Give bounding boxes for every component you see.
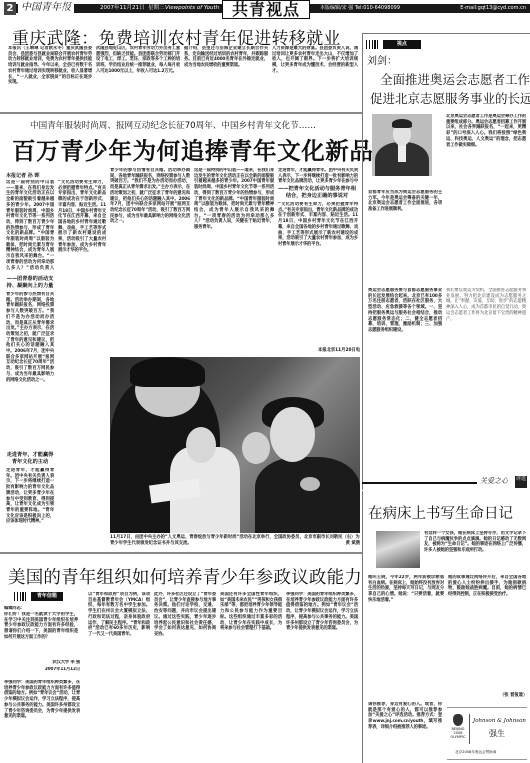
us-story-column-2: 以“青年和政府”项目为例，该项目由基督教青年会（YMCA）组织，每年有数万名中学… — [88, 592, 150, 760]
main-story-byline: 本报记者 孙 晖 — [6, 172, 39, 179]
main-story-headline: 百万青少年为何追捧青年文化新品牌 — [12, 132, 398, 166]
main-story-column-1b: 青少年的参与热情有目共睹。活动举办期间，各地青年踊跃报名，网络投票参与人数突破百… — [6, 292, 54, 442]
banner-tag: 评选 — [515, 476, 527, 488]
us-story-column-1: 李强同学：美国的青年组织种类繁多，在培养青少年参政议政能力方面有许多值得借鉴的地… — [4, 680, 80, 760]
section-title: 共青视点 — [222, 0, 310, 19]
banner-label: 关爱之心 — [480, 476, 508, 486]
divider — [0, 552, 362, 554]
main-story-column-2: “文化活动要有生命力，必须把握青年特点。”有关专家指出，青年文化新品牌的成功在于… — [58, 180, 106, 548]
masthead: 2 中国青年报 ///// 2007年11月21日 星期三 Viewpoints… — [0, 0, 530, 20]
letter-signature: 武汉大学 李 强 — [40, 660, 80, 666]
main-story-column-5a: 走进青年，才能赢得青年。团中央有关负责人表示，下一步将继续打造一批有影响力的青年… — [278, 168, 358, 184]
issue-date: 2007年11月21日 — [100, 4, 145, 13]
diary-paragraph-3: 她的故事通过网络传开后，来自全国各地的爱心人士纷纷伸出援手，为她捐款捐物，鼓励她… — [448, 575, 526, 691]
page-number: 2 — [4, 2, 16, 15]
divider — [0, 112, 362, 114]
main-story-subhead-3: 走进青年，才能赢得青年文化的主动 — [6, 452, 54, 466]
dateline: 本报北京11月20日电 — [318, 347, 360, 353]
editor-line: 本版编辑/宋 强 Tel:010-64098099 — [320, 4, 400, 13]
diary-story-headline: 在病床上书写生命日记 — [368, 502, 513, 523]
diary-story-photo — [376, 531, 420, 568]
photo-credit: 黄 斌摄 — [346, 541, 360, 547]
letter-date: 2007年11月12日 — [40, 667, 80, 673]
interview-title-line-2: 促进北京志愿服务事业的长远发展 — [370, 89, 530, 107]
diary-paragraph-2: 她叫王晓，今年22岁，两年前被诊断患有白血病。在病床上，她始终没有放弃对生活的热… — [368, 575, 444, 691]
olympic-emblem-icon — [453, 714, 463, 726]
photo-caption-text: 11月17日，由团中央主办的“人文奥运、青春绽放与青少年新时尚”活动在北京举行，… — [110, 535, 360, 546]
top-story-column-2: 武隆县地处山区，农村青年劳动力外出务工意愿强烈，但缺乏技能。县团委联合劳动部门开… — [96, 46, 180, 110]
love-heart-banner: 关爱之心 评选 — [362, 476, 530, 488]
main-story-column-4: 这是一届特别的中山装——道来，在我们身边发生的青年文化活动正在以全新的面貌吸引着… — [194, 168, 274, 354]
diary-call-to-action: 请你推荐，身边有爱心的人。或者，你就是那个有爱心的人，都可以推荐参加“关爱之心”… — [368, 702, 442, 760]
main-story-column-1c: 走进青年，才能赢得青年。团中央有关负责人表示，下一步将继续打造一批有影响力的青年… — [6, 468, 54, 548]
main-story-column-3: 青少年的参与热情有目共睹。活动举办期间，各地青年踊跃报名，网络投票参与人数突破百… — [110, 168, 190, 354]
sponsor-name-cn: 强生 — [489, 728, 505, 739]
editor-email: E-mail:gqt13@cyd.com.cn — [460, 4, 526, 13]
main-story-column-1a: 这是一届特别的中山装——道来，在我们身边发生的青年文化活动正在以全新的面貌吸引着… — [6, 180, 54, 270]
sponsor-advertisement: BEIJING 2008 OLYMPIC Johnson & Johnson 强… — [447, 707, 527, 760]
main-story-kicker: 中国青年服装时尚周、报网互动纪念长征70周年、中国乡村青年文化节…… — [30, 119, 316, 131]
interviewee-portrait — [372, 114, 432, 176]
interview-column-right-2: 我们要以奥运为契机，全面推进志愿服务事业发展，努力把北京建设成为志愿服务之城，让… — [446, 288, 526, 468]
interview-title-line-1: 全面推进奥运会志愿者工作 — [380, 70, 530, 88]
portrait-caption: 首都青年应当成为奥运会志愿服务的主力军。今年是奥运会筹备的关键一年，北京奥运会志… — [368, 190, 442, 284]
photo-caption: 11月17日，由团中央主办的“人文奥运、青春绽放与青少年新时尚”活动在北京举行，… — [110, 535, 360, 546]
us-story-headline: 美国的青年组织如何培养青少年参政议政能力 — [8, 564, 362, 589]
us-story-column-4: 美国还有许多全国性青年组织，如“美国未来农民”“男孩和女孩俱乐部”等，都把培养青… — [220, 592, 282, 760]
issue-weekday: 星期三 — [148, 4, 165, 13]
main-story-subhead-2: ——把青年文化活动与服务青年相结合，把身边正确的事说对 — [278, 186, 356, 200]
interview-column-right: 北京奥运会志愿者工作是奥运会筹办工作的重要组成部分。奥运会志愿者招募工作开展以来… — [446, 114, 526, 282]
diary-reporter: （张 晋报道） — [500, 692, 527, 698]
diary-paragraph-1: 有这样一个女孩，她在病床上坚持写作，用文字记录下了自己与病魔抗争的点点滴滴。她的… — [424, 531, 526, 571]
sponsor-name: Johnson & Johnson — [473, 718, 526, 724]
top-story-column-4: 人力资源是最大的财富。县团委负责人说，通过培训让更多农村青年走出大山，不仅增加了… — [272, 46, 358, 110]
top-story-column-3: 据介绍，县里还与沿海企业建立长期合作关系，定向输送经过培训的农村青年，并跟踪服务… — [184, 46, 268, 110]
decorative-slashes: ///// — [60, 4, 67, 13]
interview-column-left: 奥运会志愿服务要与首都志愿服务事业的长远发展结合起来。北京已有100多万名注册志… — [368, 288, 442, 468]
section-english-name: Viewpoints of Youth — [165, 4, 219, 13]
us-story-column-5: 李强同学：美国的青年组织种类繁多，在培养青少年参政议政能力方面有许多值得借鉴的地… — [286, 592, 358, 760]
us-story-column-3: 此外，许多社区还设立了“青年委员会”，让青少年直接参与地方事务决策。他们讨论学校… — [154, 592, 216, 760]
letter-body: 你们好！我是一名就读于大学的学生，在学习中关注到美国青少年组织在培养青少年参政议… — [4, 612, 78, 658]
interview-tag: 视点 — [366, 40, 421, 49]
top-story-column-1: 本报讯（王琳琳 记者欧永冬）重庆武隆县委员会、县团委与县就业局联合开展农村青年劳… — [8, 46, 92, 110]
main-story-subhead-1: ——团青春的活动支持、凝聚向上的力量 — [6, 276, 54, 290]
olympic-emblem: BEIJING 2008 OLYMPIC — [449, 714, 467, 739]
main-story-photo — [110, 357, 360, 533]
sponsor-footer: 北京2008年奥运会赞助商 — [455, 750, 497, 755]
main-story-column-5b: “文化活动要有生命力，必须把握青年特点。”有关专家指出，青年文化新品牌的成功在于… — [278, 202, 358, 346]
interviewee-name: 刘剑： — [367, 52, 397, 67]
column-tag: 青年信箱 — [14, 592, 63, 601]
